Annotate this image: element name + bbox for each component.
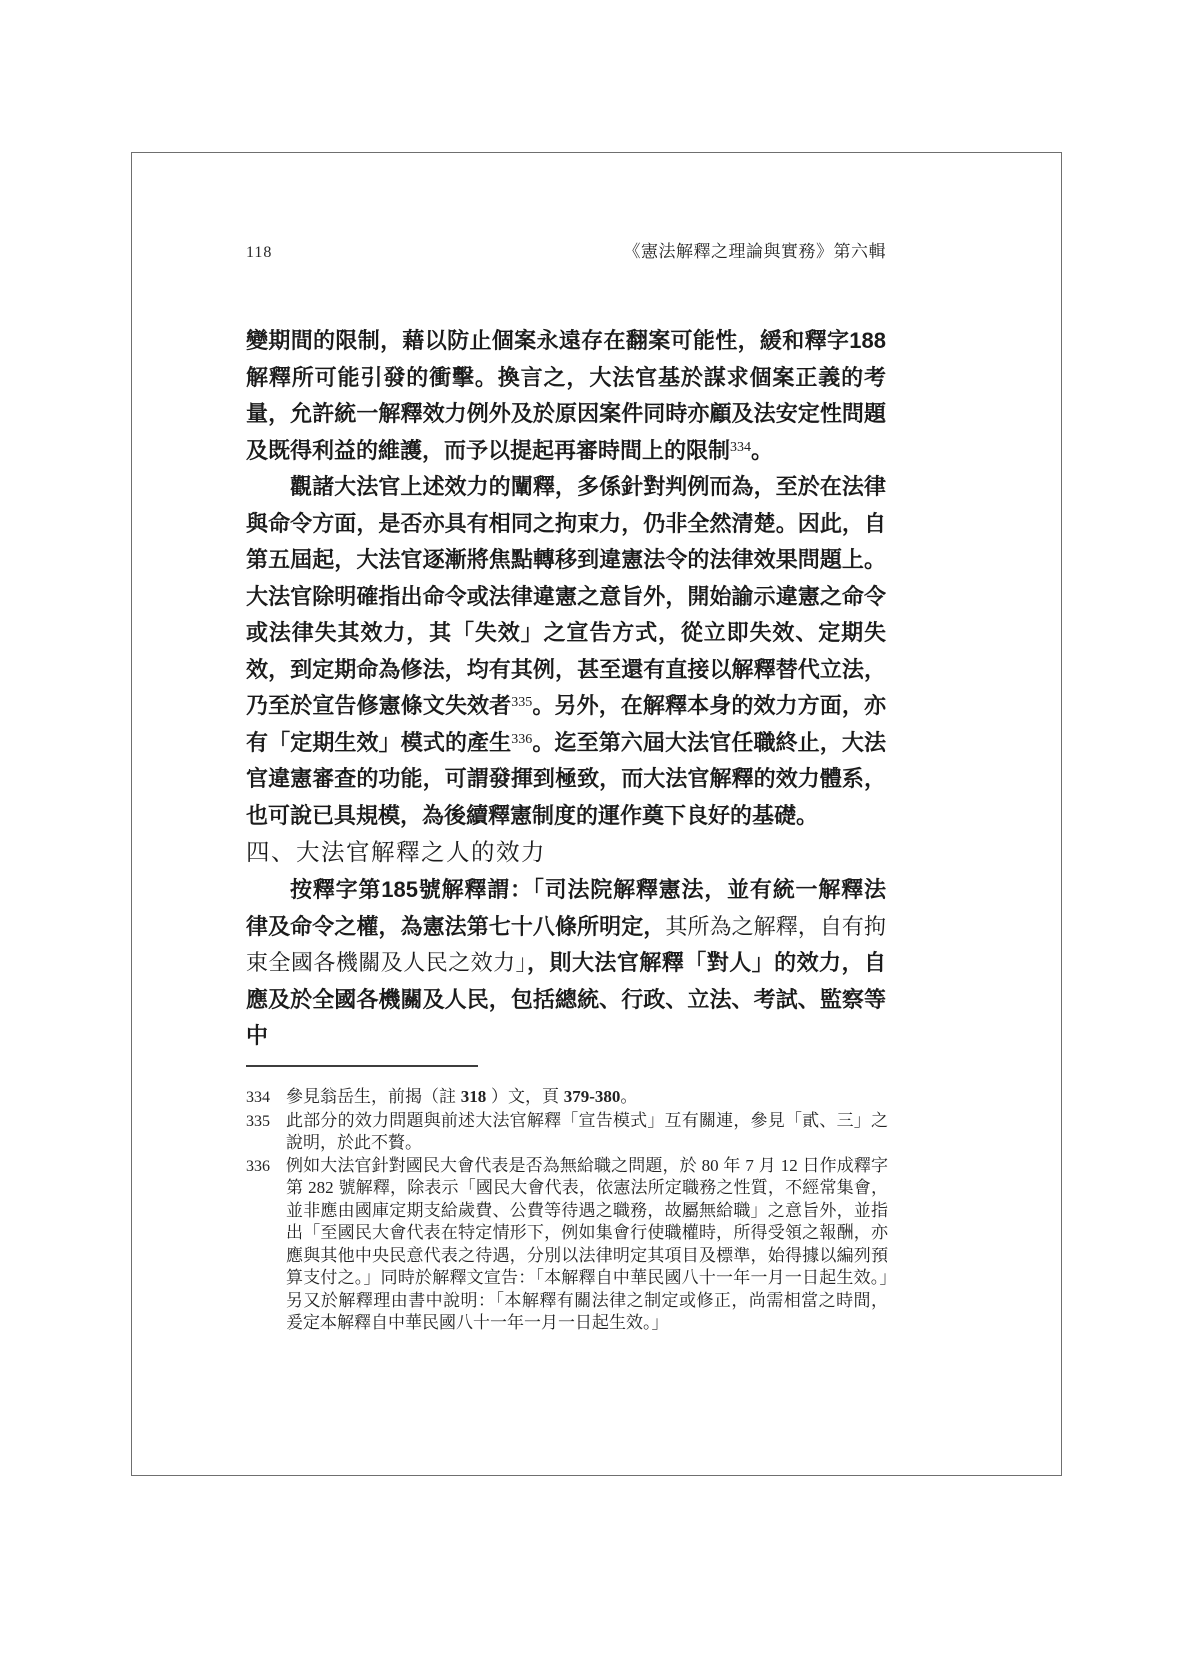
footnote-334-text-1: 參見翁岳生，前揭（註 <box>286 1087 461 1106</box>
footnote-number: 335 <box>246 1110 276 1155</box>
paragraph-1-end: 。 <box>751 438 773 463</box>
footnote-336-text-1: 例如大法官針對國民大會代表是否為無給職之問題，於 <box>286 1156 702 1175</box>
footnote-separator <box>246 1065 478 1067</box>
body-text: 變期間的限制，藉以防止個案永遠存在翻案可能性，緩和釋字188解釋所可能引發的衝擊… <box>246 323 886 1055</box>
footnote-336-year: 80 <box>702 1156 719 1175</box>
footnote-336-text-3: 月 <box>754 1156 781 1175</box>
footnote-335: 335 此部分的效力問題與前述大法官解釋「宣告模式」互有關連，參見「貳、三」之說… <box>246 1110 888 1155</box>
footnote-334-text-2: ）文，頁 <box>486 1087 563 1106</box>
footnote-336-interpretation-num: 282 <box>308 1178 334 1197</box>
footnote-ref-336: 336 <box>511 732 532 747</box>
footnote-336: 336 例如大法官針對國民大會代表是否為無給職之問題，於 80 年 7 月 12… <box>246 1155 888 1335</box>
book-title: 《憲法解釋之理論與實務》第六輯 <box>624 237 887 262</box>
running-head: 118 《憲法解釋之理論與實務》第六輯 <box>246 237 886 262</box>
footnote-336-day: 12 <box>781 1156 798 1175</box>
paragraph-2-text-1: 觀諸大法官上述效力的闡釋，多係針對判例而為，至於在法律與命令方面，是否亦具有相同… <box>246 474 886 718</box>
paragraph-3: 按釋字第185號解釋謂：「司法院解釋憲法，並有統一解釋法律及命令之權，為憲法第七… <box>246 872 886 1055</box>
page-number: 118 <box>246 244 272 262</box>
footnote-334-pages: 379-380 <box>564 1087 621 1106</box>
footnote-334: 334 參見翁岳生，前揭（註 318 ）文，頁 379-380。 <box>246 1086 888 1110</box>
footnote-336-text-5: 號解釋，除表示「國民大會代表，依憲法所定職務之性質，不經常集會，並非應由國庫定期… <box>286 1178 888 1332</box>
paragraph-1: 變期間的限制，藉以防止個案永遠存在翻案可能性，緩和釋字188解釋所可能引發的衝擊… <box>246 323 886 469</box>
footnote-336-text-2: 年 <box>719 1156 746 1175</box>
page: 118 《憲法解釋之理論與實務》第六輯 變期間的限制，藉以防止個案永遠存在翻案可… <box>0 0 1177 1664</box>
footnote-text: 例如大法官針對國民大會代表是否為無給職之問題，於 80 年 7 月 12 日作成… <box>286 1155 888 1335</box>
footnote-ref-335: 335 <box>511 695 532 710</box>
footnote-334-text-3: 。 <box>620 1087 637 1106</box>
footnote-number: 334 <box>246 1086 276 1110</box>
footnote-334-ref-num: 318 <box>461 1087 487 1106</box>
footnote-text: 此部分的效力問題與前述大法官解釋「宣告模式」互有關連，參見「貳、三」之說明，於此… <box>286 1110 888 1155</box>
page-frame: 118 《憲法解釋之理論與實務》第六輯 變期間的限制，藉以防止個案永遠存在翻案可… <box>131 152 1062 1476</box>
paragraph-2: 觀諸大法官上述效力的闡釋，多係針對判例而為，至於在法律與命令方面，是否亦具有相同… <box>246 469 886 834</box>
section-heading: 四、大法官解釋之人的效力 <box>246 834 886 872</box>
footnote-number: 336 <box>246 1155 276 1335</box>
paragraph-1-text: 變期間的限制，藉以防止個案永遠存在翻案可能性，緩和釋字188解釋所可能引發的衝擊… <box>246 328 886 463</box>
footnote-ref-334: 334 <box>730 440 751 455</box>
footnotes-section: 334 參見翁岳生，前揭（註 318 ）文，頁 379-380。 335 此部分… <box>246 1065 888 1335</box>
footnote-336-month: 7 <box>745 1156 754 1175</box>
footnote-text: 參見翁岳生，前揭（註 318 ）文，頁 379-380。 <box>286 1086 888 1110</box>
